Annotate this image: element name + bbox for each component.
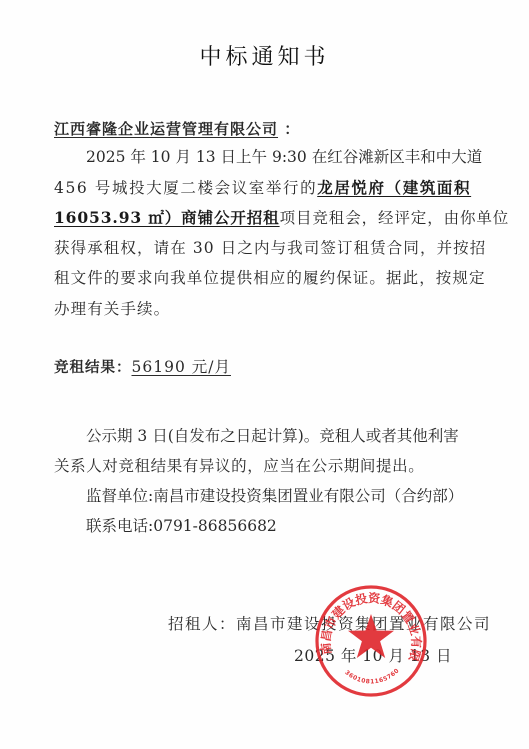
body-line-3: 16053.93 ㎡）商铺公开招租项目竞租会，经评定，由你单位 — [54, 208, 509, 228]
notice-line-1: 公示期 3 日(自发布之日起计算)。竞租人或者其他利害 — [86, 426, 459, 446]
project-area: 16053.93 ㎡）商铺公开招租 — [54, 208, 280, 227]
project-name: 龙居悦府（建筑面积 — [317, 178, 471, 197]
body-line-2-text: 456 号城投大厦二楼会议室举行的 — [54, 179, 317, 197]
document-page: 中标通知书 江西睿隆企业运营管理有限公司 ： 2025 年 10 月 13 日上… — [0, 0, 529, 749]
addressee-name: 江西睿隆企业运营管理有限公司 — [54, 120, 278, 138]
addressee: 江西睿隆企业运营管理有限公司 ： — [54, 119, 300, 139]
notice-line-2: 关系人对竞租结果有异议的，应当在公示期间提出。 — [54, 456, 424, 476]
body-line-6: 办理有关手续。 — [54, 299, 170, 319]
bid-result-value: 56190 元/月 — [132, 358, 241, 376]
issue-date: 2025 年 10 月 13 日 — [294, 646, 452, 666]
contact-line: 联系电话:0791-86856682 — [86, 516, 277, 536]
bid-result-label: 竞租结果： — [54, 360, 132, 376]
body-line-4: 获得承租权，请在 30 日之内与我司签订租赁合同，并按招 — [54, 238, 486, 258]
document-title: 中标通知书 — [0, 40, 529, 71]
body-line-2: 456 号城投大厦二楼会议室举行的龙居悦府（建筑面积 — [54, 178, 471, 198]
bid-result: 竞租结果：56190 元/月 — [54, 357, 241, 378]
body-line-1: 2025 年 10 月 13 日上午 9:30 在红谷滩新区丰和中大道 — [86, 147, 482, 167]
issuer-signature: 招租人：南昌市建设投资集团置业有限公司 — [168, 614, 491, 634]
addressee-colon: ： — [284, 120, 300, 138]
supervisor-line: 监督单位:南昌市建设投资集团置业有限公司（合约部） — [86, 486, 463, 506]
official-seal-icon: 南昌市建设投资集团置业有限公司 3601081165760 — [314, 584, 428, 698]
body-line-3-text: 项目竞租会，经评定，由你单位 — [280, 209, 510, 227]
body-line-5: 租文件的要求向我单位提供相应的履约保证。据此，按规定 — [54, 268, 486, 288]
svg-text:3601081165760: 3601081165760 — [343, 667, 401, 685]
